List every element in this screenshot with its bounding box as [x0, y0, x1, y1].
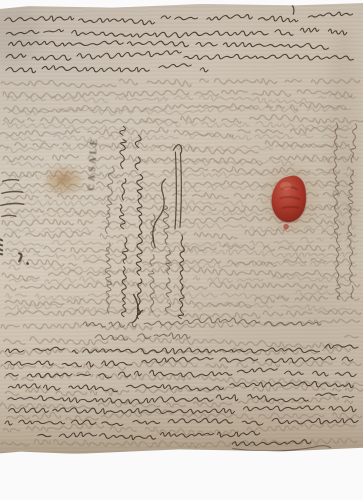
docket-dash-2: [2, 191, 23, 193]
signature-flourish: [233, 446, 331, 452]
docket-dash-3: [1, 203, 24, 205]
address-paraph: [173, 145, 182, 229]
letter-paper: CASALE: [0, 3, 363, 455]
postmark-text: CASALE: [86, 136, 99, 191]
red-wax-seal-icon: [271, 175, 309, 225]
pen-flourish-arrow: [133, 294, 143, 322]
address-capital-flourish: [152, 179, 166, 247]
top-edge-mark: [290, 3, 294, 14]
ink-flourishes: [0, 3, 363, 455]
docket-dash-4: [2, 215, 16, 216]
left-ink-spot: [19, 253, 28, 264]
docket-dash-1: [3, 179, 19, 181]
letter-scan: { "document": { "type": "Scanned handwri…: [0, 0, 363, 500]
seal-drip-dot: [284, 225, 287, 228]
left-edge-blot: [0, 238, 2, 254]
